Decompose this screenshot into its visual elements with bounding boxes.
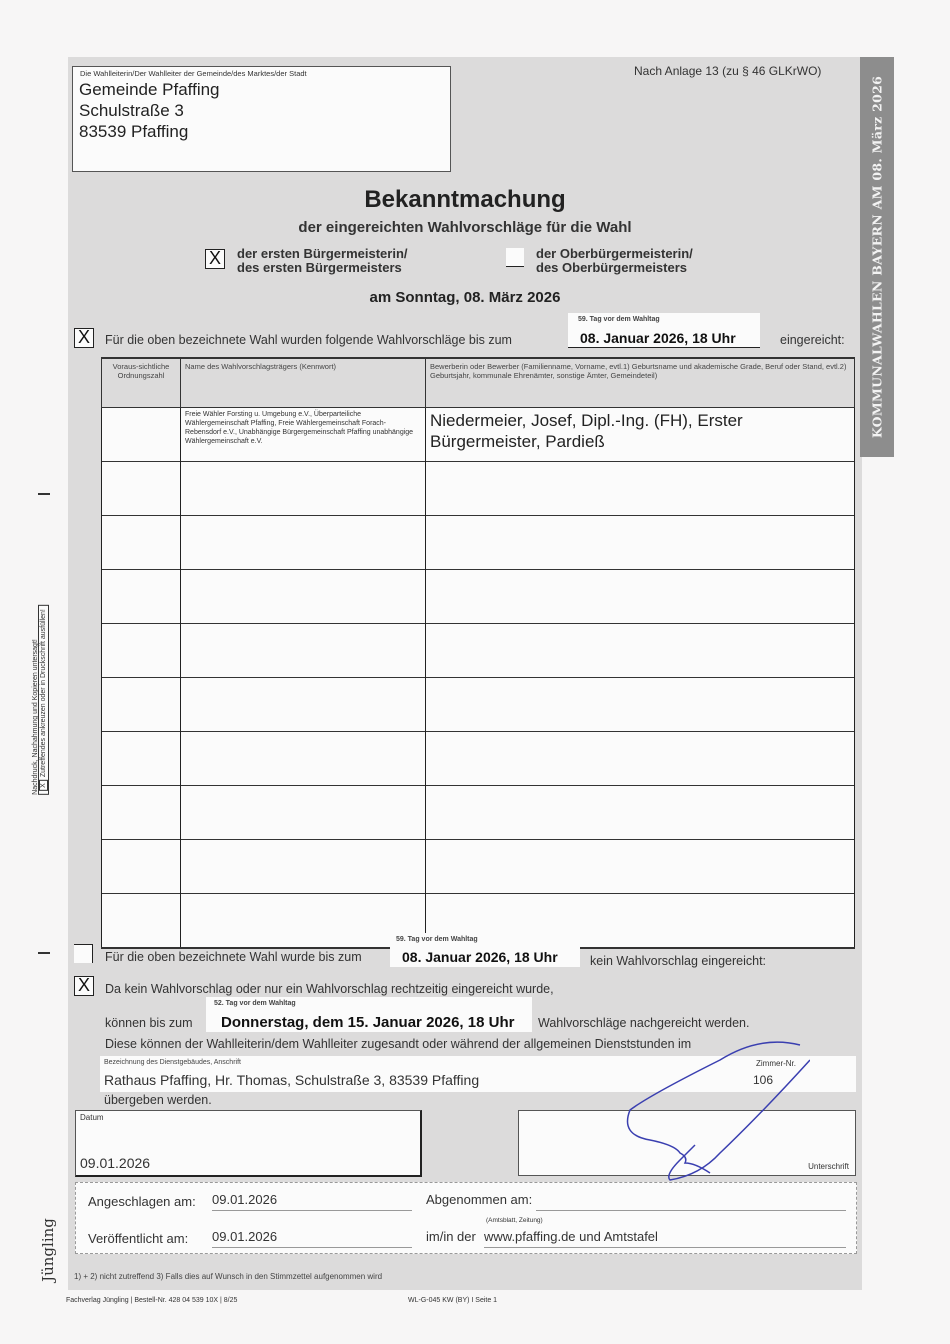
submitted-text-after: eingereicht: <box>780 333 845 347</box>
office-value: Rathaus Pfaffing, Hr. Thomas, Schulstraß… <box>104 1072 479 1088</box>
table-row <box>102 624 855 678</box>
posted-value[interactable]: 09.01.2026 <box>212 1192 412 1211</box>
footnote: 1) + 2) nicht zutreffend 3) Falls dies a… <box>74 1272 382 1281</box>
posted-label: Angeschlagen am: <box>88 1194 196 1209</box>
table-row: Freie Wähler Forsting u. Umgebung e.V., … <box>102 408 855 462</box>
submitted-deadline-field[interactable]: 59. Tag vor dem Wahltag 08. Januar 2026,… <box>568 313 760 348</box>
late-submission-line-end: übergeben werden. <box>104 1093 212 1107</box>
cell-order-number[interactable] <box>102 408 181 462</box>
late-submission-text-after: Wahlvorschläge nachgereicht werden. <box>538 1016 749 1030</box>
cell-candidate[interactable] <box>426 840 855 894</box>
nominations-table: Voraus-sichtliche Ordnungszahl Name des … <box>101 357 855 949</box>
col-header-proposer: Name des Wahlvorschlagsträgers (Kennwort… <box>181 358 426 408</box>
late-submission-line3: Diese können der Wahlleiterin/dem Wahlle… <box>105 1037 691 1051</box>
cell-proposer[interactable] <box>181 894 426 949</box>
published-value[interactable]: 09.01.2026 <box>212 1229 412 1248</box>
cell-proposer[interactable] <box>181 570 426 624</box>
side-banner-text: KOMMUNALWAHLEN BAYERN AM 08. März 2026 <box>870 76 885 438</box>
fold-mark-top <box>38 493 50 495</box>
submitted-checkbox[interactable]: X <box>74 328 94 348</box>
removed-label: Abgenommen am: <box>426 1192 532 1207</box>
sender-name: Gemeinde Pfaffing <box>79 80 220 100</box>
option-lord-mayor-checkbox[interactable] <box>506 248 524 267</box>
date-field[interactable]: Datum 09.01.2026 <box>75 1110 422 1177</box>
late-submission-deadline-field[interactable]: 52. Tag vor dem Wahltag Donnerstag, dem … <box>206 997 532 1032</box>
option-first-line2: des ersten Bürgermeisters <box>237 261 408 275</box>
margin-note: Nachdruck, Nachahmung und Kopieren unter… <box>32 605 48 795</box>
table-header-row: Voraus-sichtliche Ordnungszahl Name des … <box>102 358 855 408</box>
none-submitted-deadline-value: 08. Januar 2026, 18 Uhr <box>402 949 558 965</box>
page-subtitle: der eingereichten Wahlvorschläge für die… <box>0 219 930 236</box>
table-row <box>102 840 855 894</box>
medium-value[interactable]: www.pfaffing.de und Amtstafel <box>484 1229 846 1248</box>
cell-proposer[interactable] <box>181 516 426 570</box>
table-row <box>102 678 855 732</box>
late-submission-checkbox[interactable]: X <box>74 976 94 996</box>
col-header-candidate: Bewerberin oder Bewerber (Familienname, … <box>426 358 855 408</box>
removed-value[interactable] <box>536 1192 846 1211</box>
late-submission-line1: Da kein Wahlvorschlag oder nur ein Wahlv… <box>105 982 554 996</box>
cell-proposer[interactable] <box>181 786 426 840</box>
cell-candidate[interactable] <box>426 570 855 624</box>
option-second-line2: des Oberbürgermeisters <box>536 261 693 275</box>
page-title: Bekanntmachung <box>0 186 930 214</box>
submitted-text: Für die oben bezeichnete Wahl wurden fol… <box>105 333 512 347</box>
option-first-mayor-label: der ersten Bürgermeisterin/ des ersten B… <box>237 247 408 275</box>
none-submitted-text: Für die oben bezeichnete Wahl wurde bis … <box>105 950 362 964</box>
cell-proposer[interactable] <box>181 840 426 894</box>
cell-order-number[interactable] <box>102 462 181 516</box>
medium-caption: (Amtsblatt, Zeitung) <box>486 1217 543 1224</box>
office-caption: Bezeichnung des Dienstgebäudes, Anschrif… <box>104 1059 241 1066</box>
submitted-deadline-caption: 59. Tag vor dem Wahltag <box>578 316 660 323</box>
table-row <box>102 786 855 840</box>
footer-right: WL-G-045 KW (BY) I Seite 1 <box>408 1297 497 1304</box>
posting-block: Angeschlagen am: 09.01.2026 Abgenommen a… <box>75 1182 857 1254</box>
published-label: Veröffentlicht am: <box>88 1231 188 1246</box>
cell-order-number[interactable] <box>102 678 181 732</box>
cell-proposer[interactable] <box>181 624 426 678</box>
none-submitted-deadline-caption: 59. Tag vor dem Wahltag <box>396 936 478 943</box>
late-submission-text-before: können bis zum <box>105 1016 193 1030</box>
cell-candidate[interactable] <box>426 678 855 732</box>
none-submitted-text-after: kein Wahlvorschlag eingereicht: <box>590 954 766 968</box>
margin-note-checkbox: X <box>39 780 48 791</box>
table-row <box>102 516 855 570</box>
medium-label: im/in der <box>426 1229 476 1244</box>
col-header-number: Voraus-sichtliche Ordnungszahl <box>102 358 181 408</box>
cell-candidate[interactable]: Niedermeier, Josef, Dipl.-Ing. (FH), Ers… <box>426 408 855 462</box>
margin-note-instruction: Zutreffendes ankreuzen oder in Druckschr… <box>40 609 47 777</box>
table-row <box>102 462 855 516</box>
cell-order-number[interactable] <box>102 624 181 678</box>
sender-caption: Die Wahlleiterin/Der Wahlleiter der Geme… <box>80 69 307 78</box>
cell-proposer[interactable] <box>181 462 426 516</box>
cell-candidate[interactable] <box>426 624 855 678</box>
sender-city: 83539 Pfaffing <box>79 122 188 142</box>
late-submission-deadline-value: Donnerstag, dem 15. Januar 2026, 18 Uhr <box>221 1014 514 1031</box>
cell-order-number[interactable] <box>102 894 181 949</box>
cell-proposer[interactable] <box>181 678 426 732</box>
fold-mark-bottom <box>38 952 50 954</box>
cell-candidate[interactable] <box>426 732 855 786</box>
footer-left: Fachverlag Jüngling | Bestell-Nr. 428 04… <box>66 1297 237 1304</box>
signature-caption: Unterschrift <box>808 1162 849 1171</box>
cell-candidate[interactable] <box>426 786 855 840</box>
option-second-line1: der Oberbürgermeisterin/ <box>536 247 693 261</box>
late-submission-deadline-caption: 52. Tag vor dem Wahltag <box>214 1000 296 1007</box>
margin-note-instruction-box: XZutreffendes ankreuzen oder in Drucksch… <box>38 605 49 795</box>
sender-street: Schulstraße 3 <box>79 101 184 121</box>
none-submitted-checkbox[interactable] <box>74 944 93 963</box>
option-first-mayor-checkbox[interactable]: X <box>205 249 225 269</box>
none-submitted-deadline-field[interactable]: 59. Tag vor dem Wahltag 08. Januar 2026,… <box>390 933 580 967</box>
date-value: 09.01.2026 <box>80 1155 150 1171</box>
form-reference: Nach Anlage 13 (zu § 46 GLKrWO) <box>634 64 821 78</box>
cell-order-number[interactable] <box>102 732 181 786</box>
cell-order-number[interactable] <box>102 840 181 894</box>
cell-order-number[interactable] <box>102 570 181 624</box>
election-date: am Sonntag, 08. März 2026 <box>0 289 930 306</box>
option-lord-mayor-label: der Oberbürgermeisterin/ des Oberbürgerm… <box>536 247 693 275</box>
option-first-line1: der ersten Bürgermeisterin/ <box>237 247 408 261</box>
cell-candidate[interactable] <box>426 462 855 516</box>
cell-proposer[interactable] <box>181 732 426 786</box>
date-caption: Datum <box>80 1113 104 1122</box>
cell-proposer[interactable]: Freie Wähler Forsting u. Umgebung e.V., … <box>181 408 426 462</box>
cell-order-number[interactable] <box>102 516 181 570</box>
cell-order-number[interactable] <box>102 786 181 840</box>
table-row <box>102 570 855 624</box>
submitted-deadline-value: 08. Januar 2026, 18 Uhr <box>580 330 736 346</box>
publisher-logo: Jüngling <box>39 1218 57 1282</box>
handwritten-signature <box>610 1035 810 1185</box>
table-row <box>102 732 855 786</box>
cell-candidate[interactable] <box>426 516 855 570</box>
